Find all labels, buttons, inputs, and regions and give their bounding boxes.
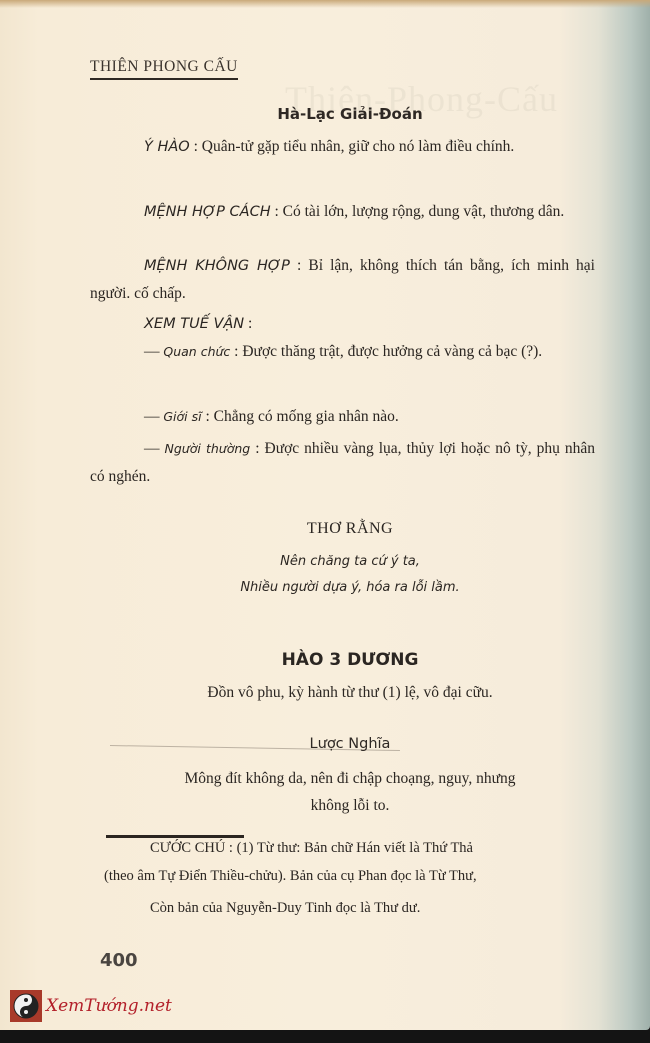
paragraph-gioi-si: — Giới sĩ : Chẳng có mống gia nhân nào. [90, 403, 595, 431]
footnote-line-3: Còn bản của Nguyễn-Duy Tinh đọc là Thư d… [150, 900, 610, 917]
yin-yang-icon [10, 990, 42, 1022]
watermark-logo: XemTướng.net [10, 990, 172, 1022]
running-head: THIÊN PHONG CẤU [90, 58, 238, 80]
luoc-nghia-line-1: Mông đít không da, nên đi chập choạng, n… [80, 770, 620, 788]
book-page: Thiên-Phong-Cấu THIÊN PHONG CẤU Hà-Lạc G… [0, 0, 650, 1030]
poem-line-2: Nhiều người dựa ý, hóa ra lỗi lầm. [80, 576, 620, 599]
paragraph-quan-chuc: — Quan chức : Được thăng trật, được hưởn… [90, 338, 595, 366]
hao-3-heading: HÀO 3 DƯƠNG [80, 650, 620, 670]
footnote-line-2: (theo âm Tự Điển Thiều-chửu). Bản của cụ… [104, 868, 614, 885]
poem-line-1: Nên chăng ta cứ ý ta, [80, 550, 620, 573]
footnote-rule [106, 835, 244, 838]
luoc-nghia-heading: Lược Nghĩa [80, 736, 620, 752]
paragraph-y-hao: Ý HÀO : Quân-tử gặp tiểu nhân, giữ cho n… [90, 133, 595, 161]
label-quan-chuc: Quan chức [163, 344, 230, 359]
page-number: 400 [100, 950, 138, 971]
watermark-text: XemTướng.net [46, 996, 172, 1016]
label-y-hao: Ý HÀO [144, 139, 190, 155]
paragraph-menh-hop-cach: MỆNH HỢP CÁCH : Có tài lớn, lượng rộng, … [90, 198, 595, 226]
label-nguoi-thuong: Người thường [165, 441, 251, 456]
label-xem-tue-van: XEM TUẾ VẬN [144, 316, 244, 332]
paragraph-menh-khong-hop: MỆNH KHÔNG HỢP : Bỉ lận, không thích tán… [90, 252, 595, 308]
label-menh-khong-hop: MỆNH KHÔNG HỢP [144, 258, 290, 274]
scan-bottom-edge [0, 1030, 650, 1043]
luoc-nghia-line-2: không lỗi to. [80, 797, 620, 815]
label-menh-hop-cach: MỆNH HỢP CÁCH [144, 204, 271, 220]
footnote-line-1: CƯỚC CHÚ : (1) Từ thư: Bản chữ Hán viết … [150, 840, 610, 857]
label-gioi-si: Giới sĩ [163, 409, 201, 424]
paragraph-nguoi-thuong: — Người thường : Được nhiều vàng lụa, th… [90, 435, 595, 491]
section-heading: Hà-Lạc Giải-Đoán [80, 105, 620, 123]
poem-title: THƠ RẰNG [80, 520, 620, 538]
hao-3-text: Đồn vô phu, kỳ hành từ thư (1) lệ, vô đạ… [80, 684, 620, 702]
paragraph-xem-tue-van: XEM TUẾ VẬN : [90, 310, 595, 338]
